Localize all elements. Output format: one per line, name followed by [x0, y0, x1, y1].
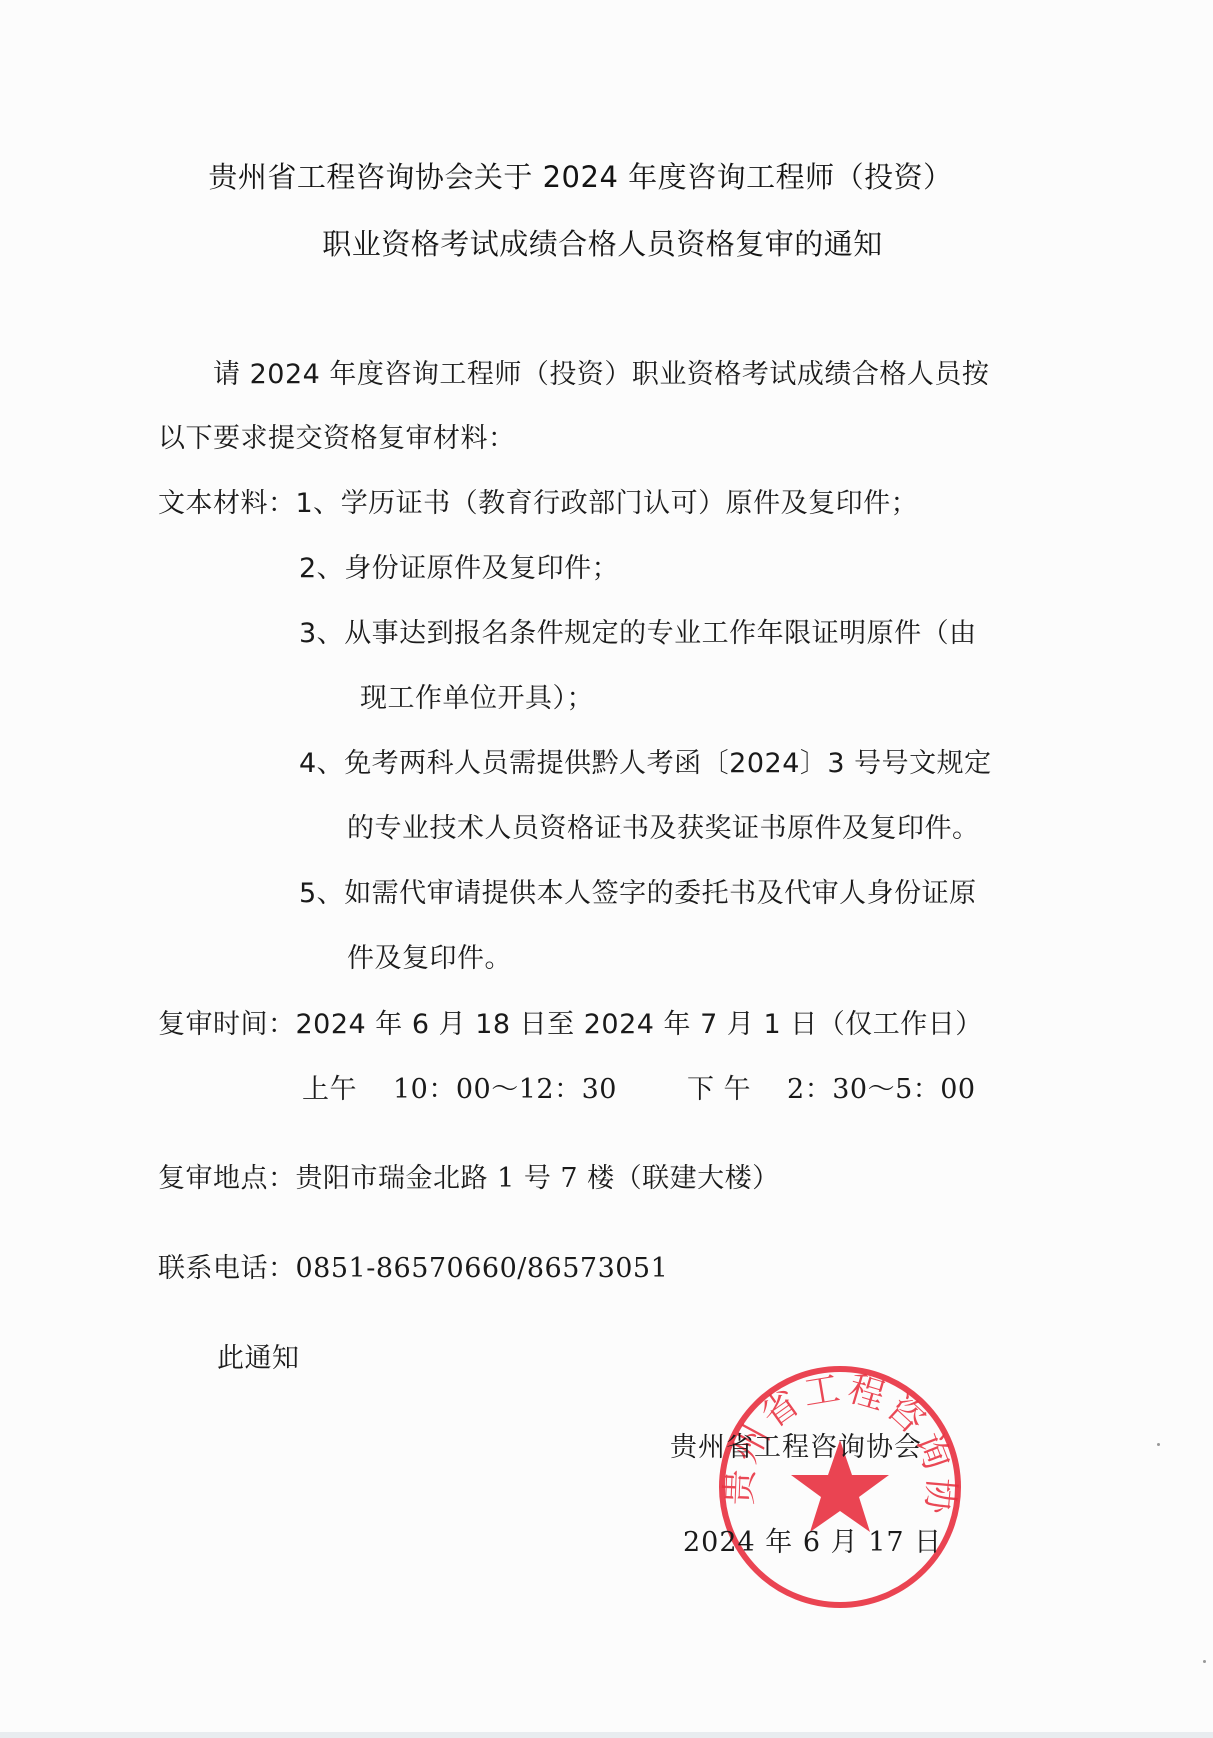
signature-organization: 贵州省工程咨询协会 [670, 1425, 922, 1464]
document-page: 贵州省工程咨询协会关于 2024 年度咨询工程师（投资） 职业资格考试成绩合格人… [0, 0, 1213, 1738]
contact-phone-value: 0851-86570660/86573051 [296, 1253, 669, 1284]
document-title-line-1: 贵州省工程咨询协会关于 2024 年度咨询工程师（投资） [0, 155, 1187, 196]
afternoon-label: 下 午 [687, 1074, 751, 1105]
signature-date: 2024 年 6 月 17 日 [683, 1520, 942, 1559]
intro-line-2: 以下要求提交资格复审材料： [158, 416, 516, 455]
review-location: 复审地点：贵阳市瑞金北路 1 号 7 楼（联建大楼） [158, 1156, 780, 1195]
contact-phone: 联系电话：0851-86570660/86573051 [158, 1246, 668, 1285]
item-text: 从事达到报名条件规定的专业工作年限证明原件（由 [344, 618, 977, 649]
morning-hours: 10：00～12：30 [393, 1074, 617, 1105]
document-title-line-2: 职业资格考试成绩合格人员资格复审的通知 [0, 222, 1209, 263]
materials-label: 文本材料： [158, 488, 296, 519]
review-location-label: 复审地点： [158, 1163, 296, 1194]
afternoon-hours: 2：30～5：00 [787, 1074, 976, 1105]
official-seal-icon: 贵州省工程咨询协会 [715, 1362, 965, 1612]
item-number: 3、 [299, 618, 344, 649]
item-text: 免考两科人员需提供黔人考函〔2024〕3 号号文规定 [344, 748, 991, 779]
scan-speck [1157, 1443, 1160, 1446]
closing-text: 此通知 [217, 1336, 300, 1375]
review-location-value: 贵阳市瑞金北路 1 号 7 楼（联建大楼） [296, 1163, 780, 1194]
materials-item-4-cont: 的专业技术人员资格证书及获奖证书原件及复印件。 [347, 806, 980, 845]
review-time: 复审时间：2024 年 6 月 18 日至 2024 年 7 月 1 日（仅工作… [158, 1002, 983, 1041]
scan-speck [1203, 1660, 1206, 1663]
morning-label: 上午 [302, 1074, 357, 1105]
scan-bottom-edge [0, 1732, 1213, 1738]
intro-line-1: 请 2024 年度咨询工程师（投资）职业资格考试成绩合格人员按 [213, 352, 989, 391]
item-number: 1、 [296, 488, 341, 519]
contact-phone-label: 联系电话： [158, 1253, 296, 1284]
materials-item-2: 2、身份证原件及复印件； [299, 546, 619, 585]
materials-item-4: 4、免考两科人员需提供黔人考函〔2024〕3 号号文规定 [299, 741, 992, 780]
materials-item-3-cont: 现工作单位开具）； [360, 676, 594, 715]
item-text: 如需代审请提供本人签字的委托书及代审人身份证原 [344, 878, 977, 909]
review-time-label: 复审时间： [158, 1009, 296, 1040]
materials-item-5: 5、如需代审请提供本人签字的委托书及代审人身份证原 [299, 871, 977, 910]
review-time-value: 2024 年 6 月 18 日至 2024 年 7 月 1 日（仅工作日） [296, 1009, 983, 1040]
item-number: 2、 [299, 553, 344, 584]
item-text: 身份证原件及复印件； [344, 553, 619, 584]
item-text: 学历证书（教育行政部门认可）原件及复印件； [341, 488, 919, 519]
materials-item-1: 文本材料：1、学历证书（教育行政部门认可）原件及复印件； [158, 481, 918, 520]
item-number: 4、 [299, 748, 344, 779]
item-number: 5、 [299, 878, 344, 909]
materials-item-5-cont: 件及复印件。 [347, 936, 512, 975]
materials-item-3: 3、从事达到报名条件规定的专业工作年限证明原件（由 [299, 611, 977, 650]
review-hours: 上午10：00～12：30下 午2：30～5：00 [302, 1067, 976, 1106]
